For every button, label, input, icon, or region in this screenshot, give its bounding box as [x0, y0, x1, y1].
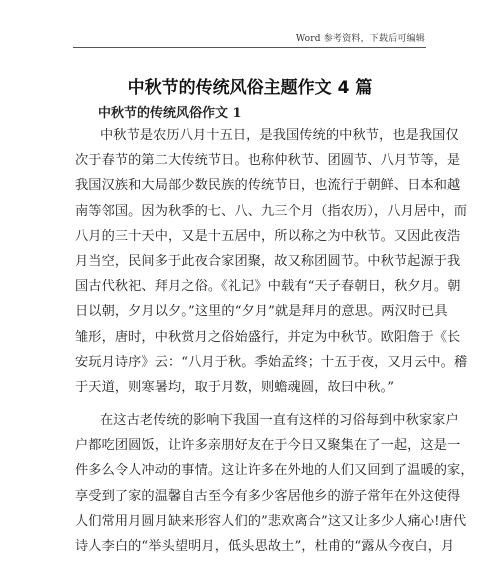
text-line: 件多么令人冲动的事情。这让许多在外地的人们又回到了温暖的家， — [75, 458, 427, 483]
section-title: 中秋节的传统风俗作文 1 — [98, 102, 242, 121]
paragraph-1: 中秋节是农历八月十五日，是我国传统的中秋节，也是我国仅 次于春节的第二大传统节日… — [75, 123, 427, 400]
text-line: 诗人李白的“举头望明月，低头思故土”，杜甫的“露从今夜白，月 — [75, 534, 427, 559]
text-line: 南等邻国。因为秋季的七、八、九三个月（指农历），八月居中，而 — [75, 199, 427, 224]
text-line: 户都吃团圆饭，让许多亲朋好友在于今日又聚集在了一起，这是一 — [75, 433, 427, 458]
text-line: 于天道，则寒暑均，取于月数，则蟾魂圆，故曰中秋。” — [75, 375, 427, 400]
text-line: 人们常用月圆月缺来形容人们的”悲欢离合”这又让多少人痛心!唐代 — [75, 509, 427, 534]
text-line: 日以朝，夕月以夕。”这里的“夕月”就是拜月的意思。两汉时已具 — [75, 299, 427, 324]
document-body: 中秋节是农历八月十五日，是我国传统的中秋节，也是我国仅 次于春节的第二大传统节日… — [75, 123, 427, 559]
text-line: 次于春节的第二大传统节日。也称仲秋节、团圆节、八月节等，是 — [75, 148, 427, 173]
document-title: 中秋节的传统风俗主题作文 4 篇 — [0, 73, 500, 98]
text-line: 享受到了家的温馨自古至今有多少客居他乡的游子常年在外这使得 — [75, 484, 427, 509]
text-line: 中秋节是农历八月十五日，是我国传统的中秋节，也是我国仅 — [75, 123, 427, 148]
paragraph-2: 在这古老传统的影响下我国一直有这样的习俗每到中秋家家户 户都吃团圆饭，让许多亲朋… — [75, 408, 427, 559]
paragraph-spacing — [75, 400, 427, 408]
text-line: 国古代秋祀、拜月之俗。《礼记》中载有“天子春朝日，秋夕月。朝 — [75, 274, 427, 299]
document-page: Word 参考资料，下载后可编辑 中秋节的传统风俗主题作文 4 篇 中秋节的传统… — [0, 0, 500, 566]
text-line: 在这古老传统的影响下我国一直有这样的习俗每到中秋家家户 — [75, 408, 427, 433]
text-line: 我国汉族和大局部少数民族的传统节日，也流行于朝鲜、日本和越 — [75, 173, 427, 198]
header-divider — [73, 47, 426, 48]
text-line: 雏形，唐时，中秋赏月之俗始盛行，并定为中秋节。欧阳詹于《长 — [75, 325, 427, 350]
text-line: 月当空，民间多于此夜合家团聚，故又称团圆节。中秋节起源于我 — [75, 249, 427, 274]
text-line: 八月的三十天中，又是十五居中，所以称之为中秋节。又因此夜浩 — [75, 224, 427, 249]
text-line: 安玩月诗序》云：“八月于秋。季始孟终；十五于夜，又月云中。稽 — [75, 350, 427, 375]
page-header-text: Word 参考资料，下载后可编辑 — [296, 31, 425, 44]
